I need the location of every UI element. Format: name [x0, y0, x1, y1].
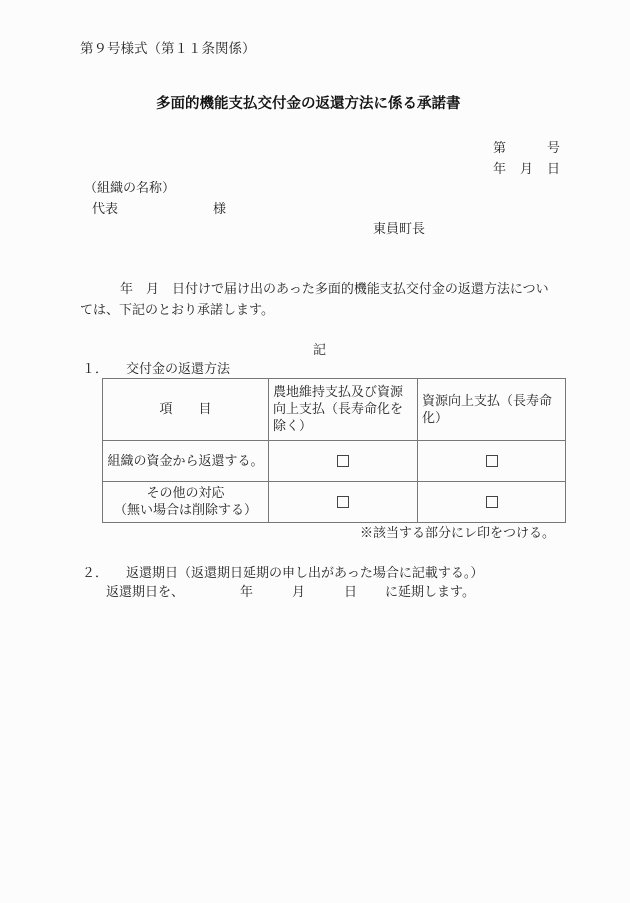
section-1-heading: 交付金の返還方法 [126, 362, 230, 378]
row-item-other-line1: その他の対応 [107, 485, 264, 502]
table-note: ※該当する部分にレ印をつける。 [360, 526, 555, 542]
document-title: 多面的機能支払交付金の返還方法に係る承諾書 [156, 96, 461, 112]
header-resource-improvement: 資源向上支払（長寿命化） [418, 379, 566, 441]
form-number: 第９号様式（第１１条関係） [80, 41, 256, 57]
body-line-2: ては、下記のとおり承諾します。 [80, 303, 274, 319]
body-line-1: 年 月 日付けで届け出のあった多面的機能支払交付金の返還方法につい [120, 282, 549, 298]
checkbox-icon [486, 496, 498, 508]
row-item-other-line2: （無い場合は削除する） [107, 502, 264, 519]
return-method-table: 項 目 農地維持支払及び資源向上支払（長寿命化を除く） 資源向上支払（長寿命化）… [102, 378, 566, 523]
sender: 東員町長 [373, 222, 425, 238]
doc-number-prefix: 第 [493, 141, 506, 157]
checkbox-icon [337, 455, 349, 467]
header-farmland-maintenance: 農地維持支払及び資源向上支払（長寿命化を除く） [269, 379, 418, 441]
table-row: 組織の資金から返還する。 [103, 441, 566, 482]
extension-year: 年 [240, 585, 253, 601]
table-header-row: 項 目 農地維持支払及び資源向上支払（長寿命化を除く） 資源向上支払（長寿命化） [103, 379, 566, 441]
checkbox-icon [337, 496, 349, 508]
section-2-number: ２． [82, 566, 108, 582]
table-row: その他の対応 （無い場合は削除する） [103, 482, 566, 523]
date-month: 月 [520, 162, 533, 178]
header-item: 項 目 [103, 379, 269, 441]
section-1-number: １． [82, 362, 108, 378]
checkbox-icon [486, 455, 498, 467]
ki-heading: 記 [313, 343, 326, 359]
honorific: 様 [213, 202, 226, 218]
org-name-label: （組織の名称） [84, 181, 175, 197]
extension-day: 日 [344, 585, 357, 601]
representative-label: 代表 [92, 202, 118, 218]
checkbox-org-funds-resource[interactable] [418, 441, 566, 482]
checkbox-other-farmland[interactable] [269, 482, 418, 523]
date-year: 年 [493, 162, 506, 178]
extension-suffix: に延期します。 [385, 585, 475, 601]
section-2-heading: 返還期日（返還期日延期の申し出があった場合に記載する。） [126, 566, 483, 582]
date-day: 日 [547, 162, 560, 178]
extension-prefix: 返還期日を、 [106, 585, 184, 601]
row-item-org-funds: 組織の資金から返還する。 [103, 441, 269, 482]
row-item-other: その他の対応 （無い場合は削除する） [103, 482, 269, 523]
checkbox-other-resource[interactable] [418, 482, 566, 523]
extension-month: 月 [292, 585, 305, 601]
checkbox-org-funds-farmland[interactable] [269, 441, 418, 482]
doc-number-suffix: 号 [547, 141, 560, 157]
